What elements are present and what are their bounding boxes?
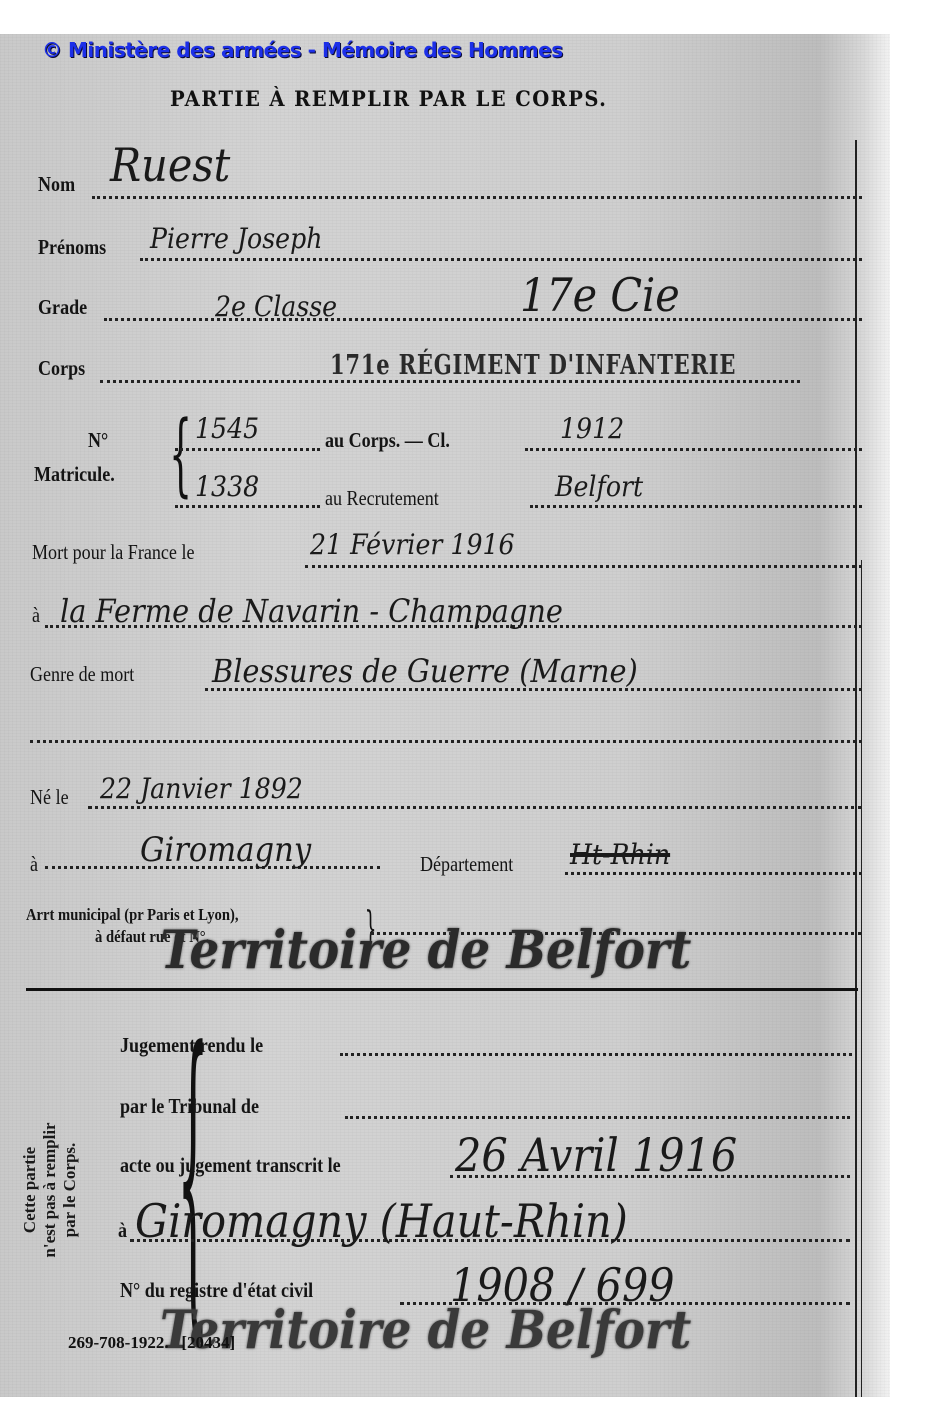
prenoms-line [140,258,862,261]
lieu-naissance-value: Giromagny [140,830,311,870]
ne-line [88,806,862,809]
genre-value: Blessures de Guerre (Marne) [212,652,638,690]
recrutement-line [530,505,862,508]
matricule-recrutement-line [175,505,320,508]
matricule-corps-label: au Corps. — Cl. [325,428,450,453]
matricule-no-label: N° [88,428,108,453]
matricule-label: Matricule. [34,462,115,487]
lieu-mort-label: à [32,603,40,628]
tribunal-label: par le Tribunal de [120,1094,259,1119]
departement-label: Département [420,852,513,877]
blank-line [30,740,862,743]
margin-rule-inner [861,560,862,1397]
mort-label: Mort pour la France le [32,540,194,565]
margin-rule [855,140,857,1397]
lieu-mort-value: la Ferme de Navarin - Champagne [60,592,563,630]
lieu-value: Giromagny (Haut-Rhin) [135,1194,628,1248]
copyright-watermark: © Ministère des armées - Mémoire des Hom… [42,38,563,62]
corps-stamp: 171e RÉGIMENT D'INFANTERIE [330,350,736,381]
ne-value: 22 Janvier 1892 [100,772,303,805]
arrondissement-value: Territoire de Belfort [160,920,691,981]
mort-line [305,565,862,568]
annotation: Territoire de Belfort [160,1300,691,1361]
matricule-corps-value: 1545 [195,412,259,445]
departement-line [565,872,862,875]
mort-value: 21 Février 1916 [310,528,515,561]
transcrit-label: acte ou jugement transcrit le [120,1153,341,1178]
prenoms-value: Pierre Joseph [150,222,322,255]
recrutement-label: au Recrutement [325,486,439,511]
jugement-line [340,1053,852,1056]
transcrit-value: 26 Avril 1916 [455,1128,737,1182]
section-divider [26,988,858,991]
jugement-label: Jugement rendu le [120,1033,263,1058]
print-reference: 269-708-1922. [20434] [68,1333,235,1353]
form-title: PARTIE À REMPLIR PAR LE CORPS. [170,86,607,111]
prenoms-label: Prénoms [38,235,106,260]
tribunal-line [345,1116,850,1119]
nom-value: Ruest [110,138,230,192]
grade-value: 2e Classe [215,290,337,323]
matricule-brace: { [169,410,192,500]
matricule-corps-line [175,448,320,451]
nom-label: Nom [38,172,75,197]
grade-label: Grade [38,295,87,320]
genre-label: Genre de mort [30,662,134,687]
lieu-label: à [118,1218,127,1243]
ne-label: Né le [30,785,69,810]
section2-side-note: Cette partie n'est pas à remplir par le … [20,1070,80,1310]
departement-value: Ht-Rhin [570,838,670,871]
corps-label: Corps [38,356,85,381]
nom-line [92,196,862,199]
lieu-naissance-label: à [30,852,38,877]
classe-value: 1912 [560,412,624,445]
document-scan [0,34,890,1397]
classe-line [525,448,862,451]
matricule-recrutement-value: 1338 [195,470,259,503]
recrutement-place: Belfort [555,470,643,503]
company-value: 17e Cie [520,268,680,322]
